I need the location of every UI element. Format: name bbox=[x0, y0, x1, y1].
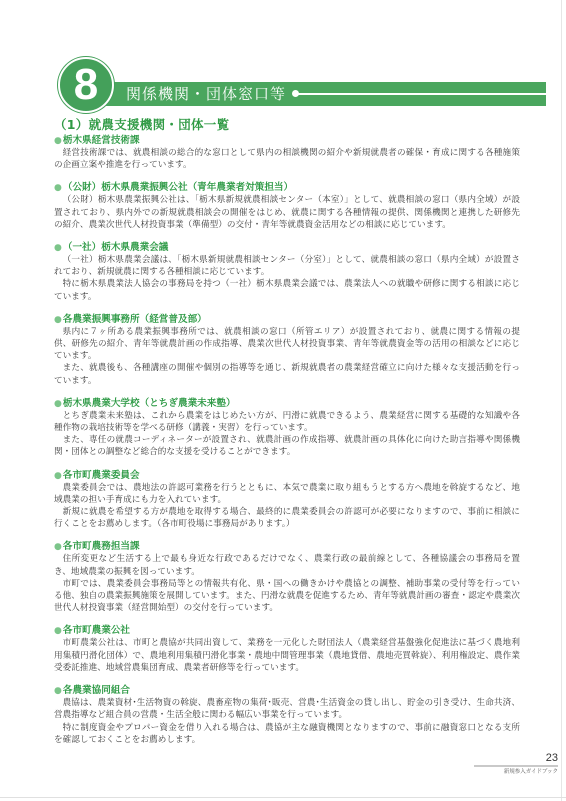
organization-description: 農協は、農業資材･生活物資の斡旋、農畜産物の集荷･販売、営農･生活資金の貸し出し… bbox=[54, 697, 520, 746]
description-paragraph: 市町では、農業委員会事務局等との情報共有化、県・国への働きかけや農協との調整、補… bbox=[54, 578, 520, 615]
description-paragraph: 市町農業公社は、市町と農協が共同出資して、業務を一元化した財団法人（農業経営基盤… bbox=[54, 637, 520, 674]
page-content: （1）就農支援機関・団体一覧 ●栃木県経営技術課経営技術課では、就農相談の総合的… bbox=[54, 115, 520, 757]
bullet-circle-icon: ● bbox=[54, 542, 62, 552]
organization-description: （公財）栃木県農業振興公社は、「栃木県新規就農相談センター（本室）」として、就農… bbox=[54, 194, 520, 231]
description-paragraph: 経営技術課では、就農相談の総合的な窓口として県内の相談機関の紹介や新規就農者の確… bbox=[54, 147, 520, 171]
organization-title: ●栃木県経営技術課 bbox=[54, 135, 520, 147]
organization-title: ●各農業振興事務所（経営普及部） bbox=[54, 314, 520, 326]
chapter-header: 8 関係機関・団体窓口等 bbox=[58, 57, 538, 113]
organization-title-text: 栃木県農業大学校（とちぎ農業未来塾） bbox=[63, 398, 236, 409]
bullet-circle-icon: ● bbox=[54, 626, 62, 636]
organization-entry: ●（公財）栃木県農業振興公社（青年農業者対策担当）（公財）栃木県農業振興公社は、… bbox=[54, 182, 520, 231]
organization-title-text: （公財）栃木県農業振興公社（青年農業者対策担当） bbox=[63, 182, 293, 193]
description-paragraph: 農協は、農業資材･生活物資の斡旋、農畜産物の集荷･販売、営農･生活資金の貸し出し… bbox=[54, 697, 520, 721]
description-paragraph: また、専任の就農コーディネーターが設置され、就農計画の作成指導、就農計画の具体化… bbox=[54, 434, 520, 458]
organization-title-text: 各農業振興事務所（経営普及部） bbox=[63, 314, 207, 325]
organization-description: 市町農業公社は、市町と農協が共同出資して、業務を一元化した財団法人（農業経営基盤… bbox=[54, 637, 520, 674]
organization-list: ●栃木県経営技術課経営技術課では、就農相談の総合的な窓口として県内の相談機関の紹… bbox=[54, 135, 520, 746]
chapter-title: 関係機関・団体窓口等 bbox=[126, 82, 286, 106]
organization-entry: ●栃木県農業大学校（とちぎ農業未来塾）とちぎ農業未来塾は、これから農業をはじめた… bbox=[54, 398, 520, 459]
page-bottom-edge bbox=[0, 797, 566, 798]
organization-entry: ●各市町農業委員会農業委員会では、農地法の許認可業務を行うとともに、本気で農業に… bbox=[54, 470, 520, 531]
organization-description: 県内に７ヶ所ある農業振興事務所では、就農相談の窓口（所管エリア）が設置されており… bbox=[54, 326, 520, 387]
organization-entry: ●各市町農業公社市町農業公社は、市町と農協が共同出資して、業務を一元化した財団法… bbox=[54, 625, 520, 674]
organization-entry: ●各農業振興事務所（経営普及部）県内に７ヶ所ある農業振興事務所では、就農相談の窓… bbox=[54, 314, 520, 387]
organization-title-text: （一社）栃木県農業会議 bbox=[63, 242, 169, 253]
description-paragraph: （一社）栃木県農業会議は、「栃木県新規就農相談センター（分室）」として、就農相談… bbox=[54, 254, 520, 278]
organization-title: ●各市町農業公社 bbox=[54, 625, 520, 637]
description-paragraph: また、就農後も、各種講座の開催や個別の指導等を通じ、新規就農者の農業経営確立に向… bbox=[54, 362, 520, 386]
organization-entry: ●栃木県経営技術課経営技術課では、就農相談の総合的な窓口として県内の相談機関の紹… bbox=[54, 135, 520, 171]
organization-title-text: 栃木県経営技術課 bbox=[63, 135, 140, 146]
page-number: 23 bbox=[474, 752, 558, 764]
organization-entry: ●（一社）栃木県農業会議（一社）栃木県農業会議は、「栃木県新規就農相談センター（… bbox=[54, 242, 520, 303]
bullet-circle-icon: ● bbox=[54, 686, 62, 696]
bullet-circle-icon: ● bbox=[54, 136, 62, 146]
organization-title-text: 各市町農業公社 bbox=[63, 625, 130, 636]
bullet-circle-icon: ● bbox=[54, 183, 62, 193]
organization-description: 農業委員会では、農地法の許認可業務を行うとともに、本気で農業に取り組もうとする方… bbox=[54, 482, 520, 531]
description-paragraph: 特に制度資金やプロパー資金を借り入れる場合は、農協が主な融資機関となりますので、… bbox=[54, 722, 520, 746]
organization-title: ●各農業協同組合 bbox=[54, 685, 520, 697]
description-paragraph: 新規に就農を希望する方が農地を取得する場合、最終的に農業委員会の許認可が必要にな… bbox=[54, 506, 520, 530]
organization-title: ●各市町農業委員会 bbox=[54, 470, 520, 482]
bullet-circle-icon: ● bbox=[54, 315, 62, 325]
organization-title-text: 各市町農務担当課 bbox=[63, 541, 140, 552]
footer-rule bbox=[474, 765, 558, 767]
bullet-circle-icon: ● bbox=[54, 399, 62, 409]
organization-title-text: 各農業協同組合 bbox=[63, 685, 130, 696]
bullet-circle-icon: ● bbox=[54, 471, 62, 481]
section-heading: （1）就農支援機関・団体一覧 bbox=[54, 115, 520, 133]
organization-description: （一社）栃木県農業会議は、「栃木県新規就農相談センター（分室）」として、就農相談… bbox=[54, 254, 520, 303]
organization-title: ●（一社）栃木県農業会議 bbox=[54, 242, 520, 254]
organization-description: 住所変更など生活する上で最も身近な行政であるだけでなく、農業行政の最前線として、… bbox=[54, 553, 520, 614]
description-paragraph: （公財）栃木県農業振興公社は、「栃木県新規就農相談センター（本室）」として、就農… bbox=[54, 194, 520, 231]
organization-description: 経営技術課では、就農相談の総合的な窓口として県内の相談機関の紹介や新規就農者の確… bbox=[54, 147, 520, 171]
organization-entry: ●各農業協同組合農協は、農業資材･生活物資の斡旋、農畜産物の集荷･販売、営農･生… bbox=[54, 685, 520, 746]
description-paragraph: 農業委員会では、農地法の許認可業務を行うとともに、本気で農業に取り組もうとする方… bbox=[54, 482, 520, 506]
description-paragraph: 特に栃木県農業法人協会の事務局を持つ（一社）栃木県農業会議では、農業法人への就職… bbox=[54, 278, 520, 302]
organization-title: ●栃木県農業大学校（とちぎ農業未来塾） bbox=[54, 398, 520, 410]
bullet-circle-icon: ● bbox=[54, 243, 62, 253]
description-paragraph: とちぎ農業未来塾は、これから農業をはじめたい方が、円滑に就農できるよう、農業経営… bbox=[54, 410, 520, 434]
page-edge bbox=[561, 0, 562, 801]
description-paragraph: 住所変更など生活する上で最も身近な行政であるだけでなく、農業行政の最前線として、… bbox=[54, 553, 520, 577]
organization-entry: ●各市町農務担当課住所変更など生活する上で最も身近な行政であるだけでなく、農業行… bbox=[54, 541, 520, 614]
page-footer: 23 新規参入ガイドブック bbox=[474, 752, 558, 776]
organization-description: とちぎ農業未来塾は、これから農業をはじめたい方が、円滑に就農できるよう、農業経営… bbox=[54, 410, 520, 459]
organization-title: ●（公財）栃木県農業振興公社（青年農業者対策担当） bbox=[54, 182, 520, 194]
chapter-number-badge: 8 bbox=[58, 57, 114, 113]
description-paragraph: 県内に７ヶ所ある農業振興事務所では、就農相談の窓口（所管エリア）が設置されており… bbox=[54, 326, 520, 363]
book-title: 新規参入ガイドブック bbox=[474, 769, 558, 776]
organization-title: ●各市町農務担当課 bbox=[54, 541, 520, 553]
decorative-line bbox=[296, 93, 546, 95]
organization-title-text: 各市町農業委員会 bbox=[63, 470, 140, 481]
